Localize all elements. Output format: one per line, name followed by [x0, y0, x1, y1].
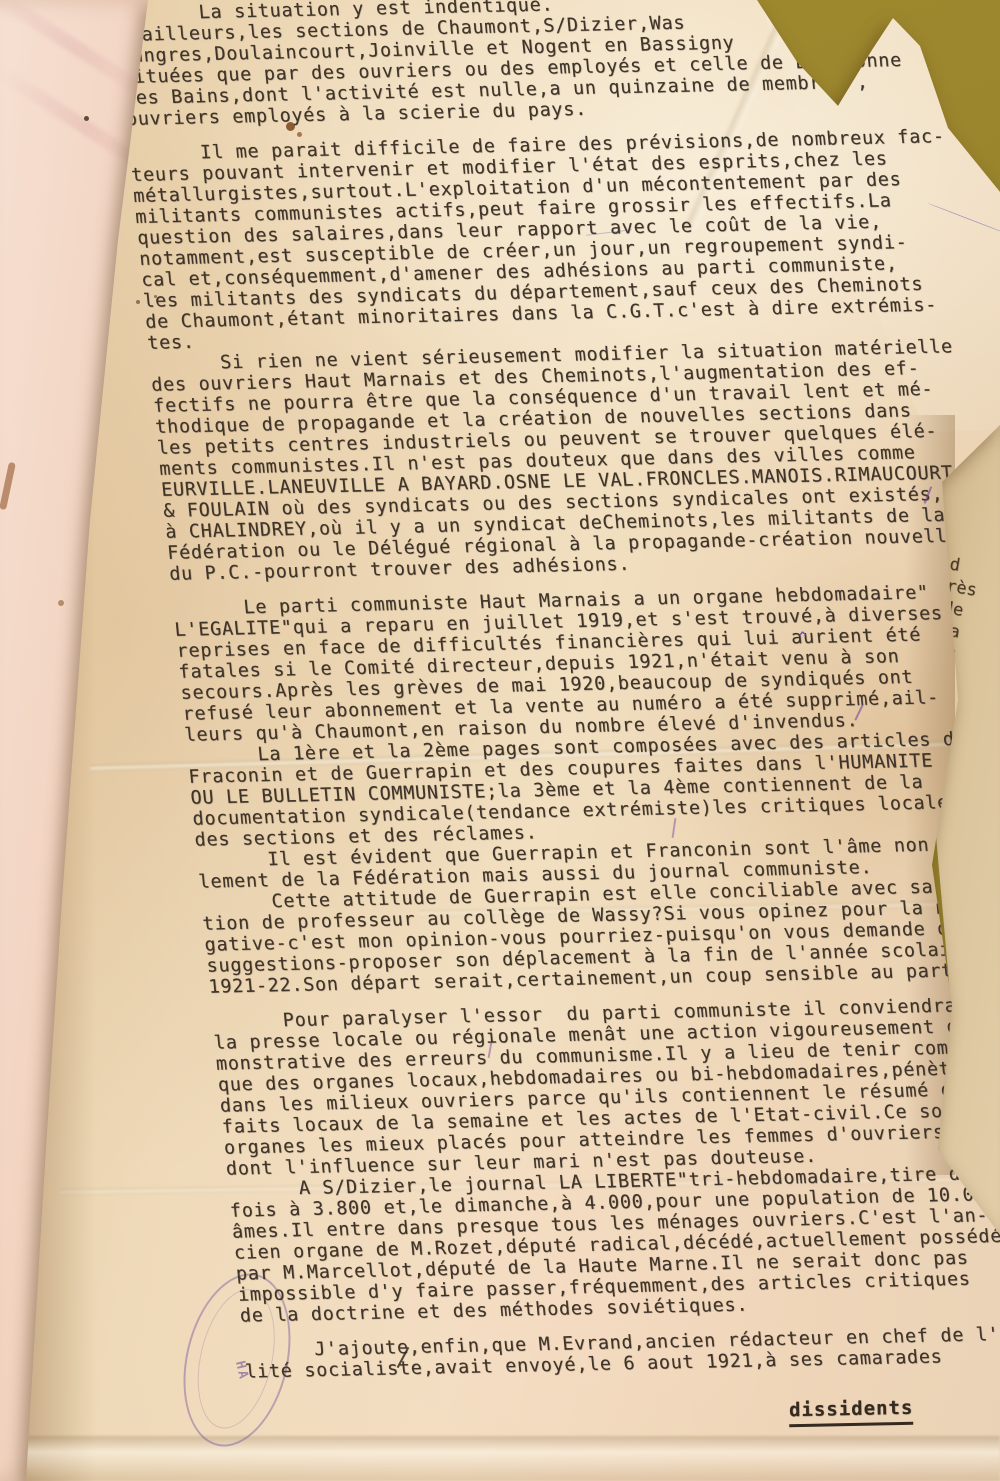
paragraph: Il me parait difficile de faire des prév…: [128, 126, 991, 354]
paragraph: Si rien ne vient sérieusement modifier l…: [148, 335, 1000, 584]
paper-spot: [136, 300, 140, 304]
insert-caret-mark: ^: [798, 630, 807, 646]
typewritten-text: La situation y est indentique.D'ailleurs…: [115, 0, 1000, 1383]
paragraph: La 1ère et la 2ème pages sont composées …: [186, 727, 1000, 850]
edge-shadow: [26, 0, 96, 1481]
paragraph: La situation y est indentique.D'ailleurs…: [115, 0, 970, 130]
paragraph: Cette attitude de Guerrapin est elle con…: [200, 874, 1000, 997]
bottom-fold-band: [0, 1436, 1000, 1481]
edge-text-fragment: c.: [1, 1258, 19, 1273]
paragraph: A S/Dizier,le journal LA LIBERTE"tri-heb…: [227, 1161, 1000, 1326]
paragraph: J'ajoute,enfin,que M.Evrand,ancien rédac…: [242, 1322, 1000, 1382]
document-sheet: HA La situation y est indentique.D'aille…: [0, 0, 1000, 1481]
edge-text-fragment: :: [0, 1292, 9, 1307]
paragraph: Pour paralyser l'essor du parti communis…: [211, 993, 1000, 1179]
dissidents-underlined-word: dissidents: [789, 1397, 914, 1427]
document-sheet-wrap: HA La situation y est indentique.D'aille…: [0, 0, 1000, 1481]
paragraph: Le parti communiste Haut Marnais a un or…: [172, 580, 1000, 745]
